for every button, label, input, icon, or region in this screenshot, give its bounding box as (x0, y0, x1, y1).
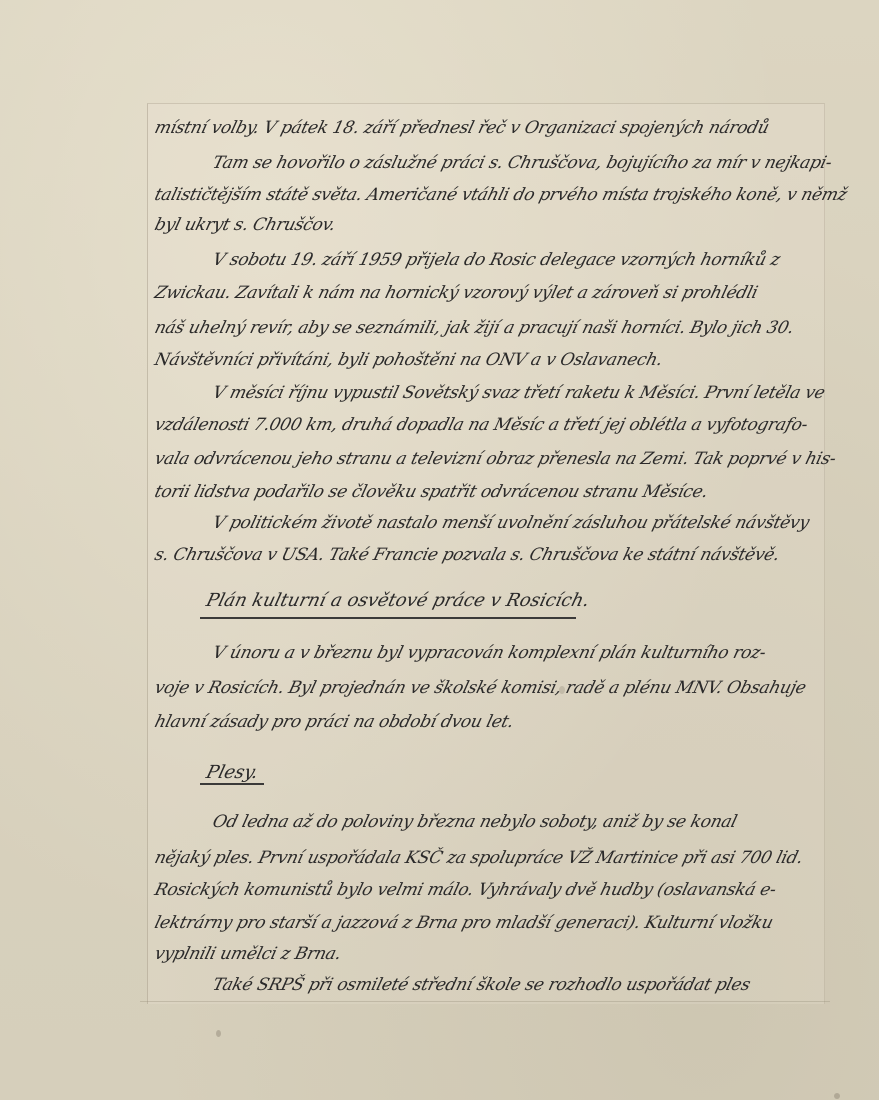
section-heading-cultural-plan: Plán kulturní a osvětové práce v Rosicíc… (204, 590, 592, 611)
paper-spot (216, 1030, 221, 1037)
text-line: vala odvrácenou jeho stranu a televizní … (150, 449, 837, 479)
text-line: lektrárny pro starší a jazzová z Brna pr… (150, 913, 837, 943)
scanned-page: místní volby. V pátek 18. září přednesl … (0, 0, 879, 1100)
text-line: V sobotu 19. září 1959 přijela do Rosic … (150, 250, 879, 280)
text-line: vzdálenosti 7.000 km, druhá dopadla na M… (150, 415, 837, 445)
text-line: Zwickau. Zavítali k nám na hornický vzor… (150, 283, 837, 313)
heading-underline (200, 783, 264, 785)
text-line: vyplnili umělci z Brna. (150, 944, 837, 974)
text-line: V politickém životě nastalo menší uvolně… (150, 513, 879, 543)
text-line: Návštěvníci přivítáni, byli pohoštěni na… (150, 350, 837, 380)
text-line: Také SRPŠ při osmileté střední škole se … (150, 975, 879, 1005)
heading-underline (200, 617, 576, 619)
text-line: Tam se hovořilo o záslužné práci s. Chru… (150, 153, 879, 183)
text-line: s. Chruščova v USA. Také Francie pozvala… (150, 545, 837, 575)
text-line: Rosických komunistů bylo velmi málo. Vyh… (150, 880, 837, 910)
text-line: torii lidstva podařilo se člověku spatři… (150, 482, 837, 512)
text-line: náš uhelný revír, aby se seznámili, jak … (150, 318, 837, 348)
text-line: byl ukryt s. Chruščov. (150, 215, 837, 245)
text-line: hlavní zásady pro práci na období dvou l… (150, 712, 837, 742)
text-line: místní volby. V pátek 18. září přednesl … (150, 118, 837, 148)
text-line: V měsíci říjnu vypustil Sovětský svaz tř… (150, 383, 879, 413)
text-line: talističtějším státě světa. Američané vt… (150, 185, 837, 215)
paper-spot (834, 1093, 840, 1099)
text-line: Od ledna až do poloviny března nebylo so… (150, 812, 879, 842)
text-line: V únoru a v březnu byl vypracován komple… (150, 643, 879, 673)
section-heading-balls: Plesy. (204, 762, 261, 783)
text-line: voje v Rosicích. Byl projednán ve školsk… (150, 678, 837, 708)
text-line: nějaký ples. První uspořádala KSČ za spo… (150, 848, 837, 878)
